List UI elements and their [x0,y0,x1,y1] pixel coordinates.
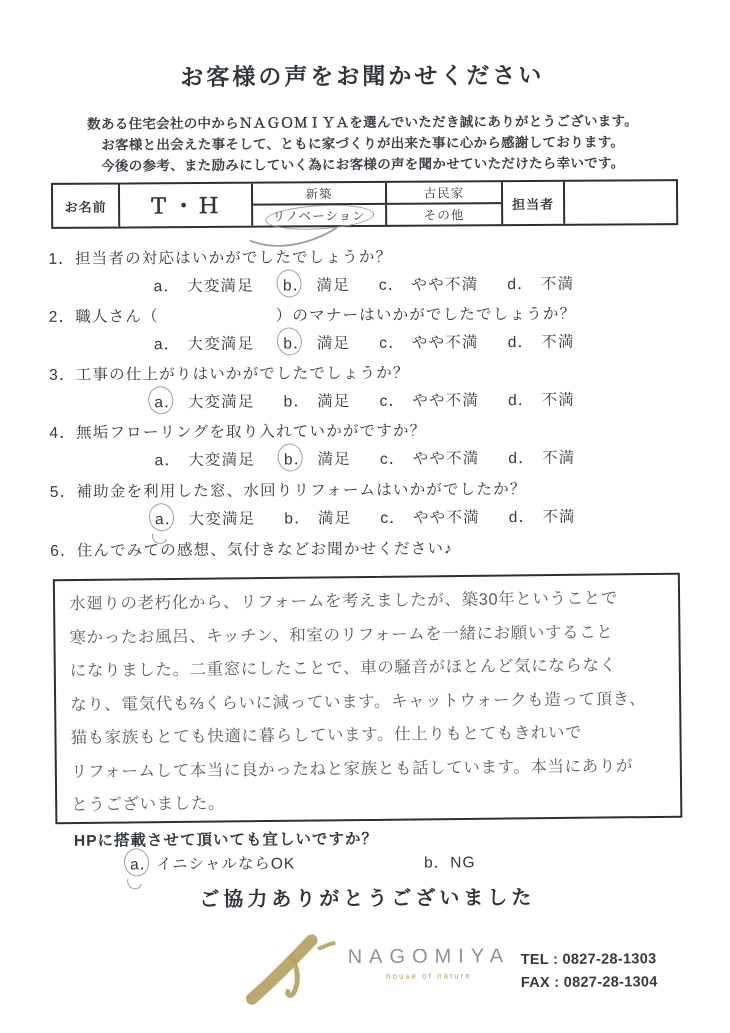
option-letter: a． [154,390,181,412]
name-label-cell: お名前 [53,184,120,226]
option-item: a．大変満足 [155,507,255,530]
option-label: 不満 [542,392,576,409]
option-label: やや不満 [411,276,478,293]
option-label: 大変満足 [188,452,255,469]
question-label: 工事の仕上がりはいかがでしたでしょうか？ [76,365,410,384]
option-label: 大変満足 [188,394,255,411]
question-block-2: 2．職人さん（ ）のマナーはいかがでしたでしょうか？ a．大変満足 b．満足 c… [49,302,577,355]
question-block-5: 5．補助金を利用した窓、水回りリフォームはいかがでしたか？ a．大変満足 b．満… [50,477,576,530]
option-label: やや不満 [413,509,480,526]
comment-line: になりました。二重窓にしたことで、車の騒音がほとんど気にならなく [70,649,669,689]
option-label: 不満 [541,276,575,293]
option-letter: b． [284,510,311,527]
closing-text: ご協力ありがとうございました [2,880,730,913]
brand-block: NAGOMIYA house of nature [348,945,511,981]
option-letter: c． [379,335,405,352]
question-block-3: 3．工事の仕上がりはいかがでしたでしょうか？ a．大変満足 b．満足 c．やや不… [49,360,575,413]
option-item: d．不満 [508,446,575,468]
option-letter: d． [508,450,535,467]
option-item: c．やや不満 [379,272,479,295]
option-letter: a． [154,278,181,295]
question-options: a．大変満足 b．満足 c．やや不満 d．不満 [49,388,575,413]
contact-fax: FAX : 0827-28-1304 [521,971,658,995]
option-letter: c． [380,451,406,468]
option-item: b．満足 [283,331,350,353]
question-options: a．大変満足 b．満足 c．やや不満 d．不満 [50,446,576,471]
question-number: 3． [49,367,76,384]
option-label: イニシャルならOK [156,855,295,873]
option-letter: a． [130,852,156,874]
comment-line: リフォームして本当に良かったねと家族とも話しています。本当にありが [71,749,670,789]
brand-tagline: house of nature [386,971,472,981]
option-item: c．やや不満 [379,330,479,353]
option-letter: b． [284,447,311,469]
option-item: c．やや不満 [380,446,480,469]
option-letter: a． [155,452,182,469]
contact-tel: TEL : 0827-28-1303 [521,948,658,972]
intro-text: 数ある住宅会社の中からＮＡＧＯＭＩＹＡを選んでいただき誠にありがとうございます。… [0,110,728,177]
question-number: 5． [50,484,77,501]
question-text: 5．補助金を利用した窓、水回りリフォームはいかがでしたか？ [50,477,576,502]
option-label: 満足 [317,451,351,468]
option-item: a．大変満足 [155,448,255,471]
option-item: c．やや不満 [380,388,480,411]
option-letter: a． [154,336,181,353]
option-item: a．大変満足 [154,274,254,297]
question-number: 1． [48,251,75,268]
option-label: やや不満 [413,450,480,467]
question-block-4: 4．無垢フローリングを取り入れていかがですか？ a．大変満足 b．満足 c．やや… [49,418,575,471]
option-item: d．不満 [507,272,574,294]
option-label: 不満 [541,334,575,351]
question-label: 担当者の対応はいかがでしたでしょうか？ [75,249,392,268]
option-item: b．満足 [284,389,351,411]
question-number: 2． [49,309,76,326]
question-options: a．大変満足 b．満足 c．やや不満 d．不満 [50,505,576,530]
question-number: 6． [50,543,77,560]
option-label: 満足 [318,510,352,527]
name-value-cell: Ｔ・Ｈ [120,184,253,227]
option-item: b．満足 [283,273,350,295]
option-letter: b． [284,393,311,410]
option-label: 不満 [542,450,576,467]
option-label: 満足 [317,393,351,410]
comment-line: 水廻りの老朽化から、リフォームを考えましたが、築30年ということで [69,582,668,622]
question-options: a．大変満足 b．満足 c．やや不満 d．不満 [49,330,577,355]
question-text: 2．職人さん（ ）のマナーはいかがでしたでしょうか？ [49,302,577,327]
option-label: 満足 [316,277,350,294]
question-options: a．大変満足 b．満足 c．やや不満 d．不満 [49,272,575,297]
staff-label-cell: 担当者 [503,182,565,224]
option-letter: c． [379,277,405,294]
option-item: d．不満 [508,388,575,410]
option-letter: d． [507,276,534,293]
option-letter: d． [509,509,536,526]
question-label: 補助金を利用した窓、水回りリフォームはいかがでしたか？ [76,481,526,501]
question-label: 住んでみての感想、気付きなどお聞かせください♪ [77,540,453,559]
option-label: 大変満足 [187,336,254,353]
question-text: 6．住んでみての感想、気付きなどお聞かせください♪ [50,536,453,560]
option-label: 大変満足 [187,278,254,295]
hp-option-b: b．NG [424,850,476,872]
question-label: 職人さん（ ）のマナーはいかがでしたでしょうか？ [75,306,576,326]
option-label: やや不満 [412,392,479,409]
option-letter: c． [380,393,406,410]
option-label: 不満 [542,509,576,526]
hp-option-a: a．イニシャルならOK [130,851,295,874]
brand-brush-icon [240,934,340,1007]
option-letter: d． [508,392,535,409]
option-item: b．満足 [284,506,351,528]
house-type-cell: 古民家 その他 [387,182,503,225]
comment-box: 水廻りの老朽化から、リフォームを考えましたが、築30年ということで 寒かったお風… [53,573,683,825]
question-block-1: 1．担当者の対応はいかがでしたでしょうか？ a．大変満足 b．満足 c．やや不満… [48,244,574,297]
question-label: 無垢フローリングを取り入れていかがですか？ [76,423,427,442]
option-label: やや不満 [412,334,479,351]
staff-value-cell [565,181,676,224]
option-letter: b． [283,331,310,353]
question-text: 1．担当者の対応はいかがでしたでしょうか？ [48,244,574,269]
question-block-6: 6．住んでみての感想、気付きなどお聞かせください♪ [50,536,453,560]
option-letter: c． [380,510,406,527]
option-letter: b． [283,273,310,295]
comment-line: 猫も家族もとても快適に暮らしています。仕上りもとてもきれいで [70,716,669,756]
option-item: c．やや不満 [380,505,480,528]
option-item: a．大変満足 [154,390,254,413]
other-label: その他 [387,204,501,225]
option-label: NG [450,854,475,871]
intro-line: 今後の参考、また励みにしていく為にお客様の声を聞かせていただけたら幸いです。 [0,152,728,177]
option-label: 大変満足 [188,511,255,528]
option-letter: a． [155,507,182,529]
option-item: d．不満 [509,505,576,527]
comment-line: とうございました。 [71,783,670,823]
page-title: お客様の声をお聞かせください [0,56,727,93]
customer-info-table: お名前 Ｔ・Ｈ 新築 リノベーション 古民家 その他 担当者 [51,179,678,229]
scanned-survey-page: { "page": { "title": "お客様の声をお聞かせください", "… [0,0,730,1033]
question-number: 4． [49,425,76,442]
kominka-label: 古民家 [387,182,501,205]
build-type-cell: 新築 リノベーション [253,183,387,226]
option-letter: b． [424,854,450,871]
option-letter: d． [508,334,535,351]
option-item: a．大変満足 [154,332,254,355]
contact-info: TEL : 0827-28-1303 FAX : 0827-28-1304 [521,948,658,995]
hp-consent-question: HPに搭載させて頂いても宜しいですか？ [74,827,378,851]
question-text: 4．無垢フローリングを取り入れていかがですか？ [49,418,575,443]
option-label: 満足 [317,335,351,352]
brand-wordmark: NAGOMIYA [348,945,510,969]
survey-document: お客様の声をお聞かせください 数ある住宅会社の中からＮＡＧＯＭＩＹＡを選んでいた… [0,0,730,1033]
option-item: b．満足 [284,447,351,469]
option-item: d．不満 [508,330,575,352]
new-build-label: 新築 [253,183,385,206]
question-text: 3．工事の仕上がりはいかがでしたでしょうか？ [49,360,575,385]
